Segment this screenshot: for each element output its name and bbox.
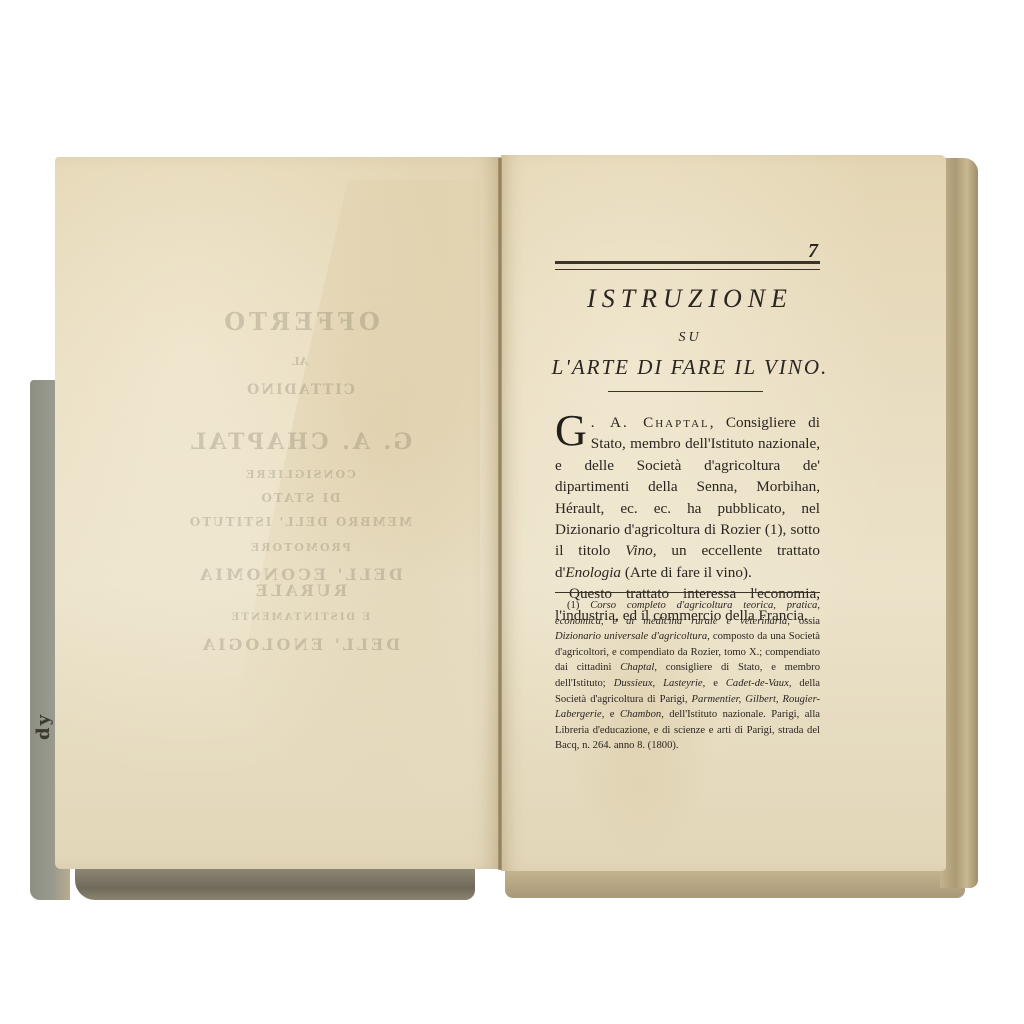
bleed-line: CONSIGLIERE [150,469,450,480]
paragraph-text: (Arte di fare il vino). [621,564,752,581]
body-text: G. A. Chaptal, Consigliere di Stato, mem… [555,412,820,626]
page-title-secondary: L'ARTE DI FARE IL VINO. [530,355,850,380]
drop-cap: G [555,414,587,448]
italic-term: Corso completo d'agricoltura teorica, pr… [555,600,820,627]
bleed-line: DELL' ENOLOGIA [150,637,450,653]
footnote-text: (1) Corso completo d'agricoltura teorica… [555,598,820,754]
footnote: (1) Corso completo d'agricoltura teorica… [555,598,820,754]
book-gutter [498,158,502,870]
italic-term: Dizionario universale d'agricoltura [555,631,707,642]
page-number: 7 [808,240,818,263]
title-rule [608,391,763,392]
bleed-line: E DISTINTAMENTE [150,613,450,623]
bleed-line: CITTADINO [150,383,450,397]
footnote-segment: , e [602,709,620,720]
open-book: dy OFFERTO AL CITTADINO G. A. CHAPTAL CO… [0,0,1024,1024]
page-title: ISTRUZIONE [530,284,850,314]
bleed-line: DELL' ECONOMIA RURALE [150,567,450,599]
bleed-line: DI STATO [150,492,450,504]
bleed-line: G. A. CHAPTAL [150,431,450,453]
paragraph-1: G. A. Chaptal, Consigliere di Stato, mem… [555,412,820,583]
bleed-line: MEMBRO DELL' ISTITUTO [150,516,450,528]
footnote-segment: ossia [790,616,820,627]
footnote-segment: e [705,678,726,689]
italic-term: Dussieux, Lasteyrie, [614,678,706,689]
italic-term: Chambon [620,709,661,720]
paragraph-text: , Consigliere di Stato, membro dell'Isti… [555,414,820,559]
italic-term: Chaptal [620,662,654,673]
italic-term: Vino [625,542,653,559]
header-rule [555,261,820,270]
spine-handwriting: dy [33,670,53,740]
italic-term: Enologia [565,564,621,581]
footnote-rule [555,592,820,593]
bleed-through-text: OFFERTO AL CITTADINO G. A. CHAPTAL CONSI… [150,300,450,653]
bleed-line: PROMOTORE [150,542,450,553]
bleed-line: AL [150,356,450,367]
page-subtitle: SU [530,330,850,346]
italic-term: Cadet-de-Vaux [726,678,789,689]
author-name: . A. Chaptal [591,414,710,431]
footnote-marker: (1) [567,600,590,611]
bleed-line: OFFERTO [150,310,450,334]
